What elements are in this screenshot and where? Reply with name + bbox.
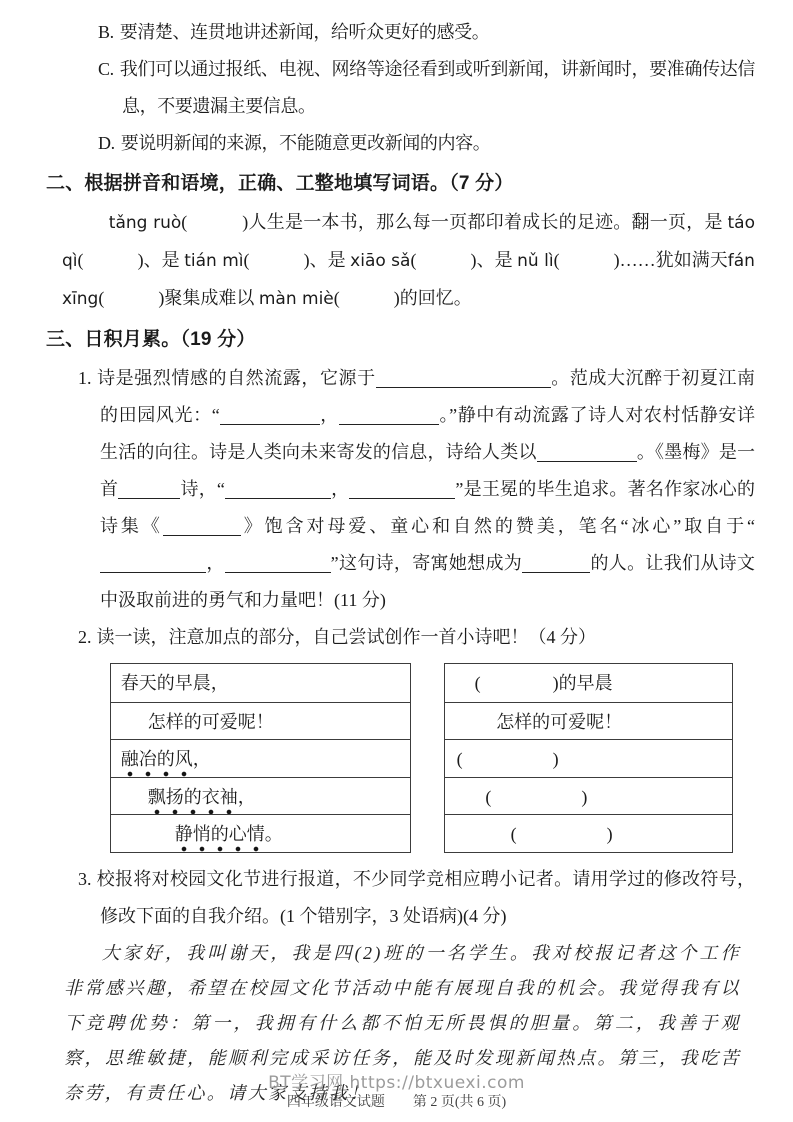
poem-line: ( ) (445, 777, 732, 815)
text-run: ， (320, 405, 339, 425)
watermark-text: BT学习网 https://btxuexi.com (0, 1073, 793, 1093)
option-d: D.要说明新闻的来源，不能随意更改新闻的内容。 (98, 125, 755, 162)
text-run: 1. (78, 368, 97, 388)
text-run: ( ) (485, 787, 587, 807)
pinyin-text: tǎng ruò (109, 213, 181, 233)
text-run: ( )、是 (410, 250, 517, 270)
text-run: 诗是强烈情感的自然流露，它源于 (97, 368, 376, 388)
poem-line: 融冶的风， (111, 739, 410, 777)
poem-line: ( )的早晨 (445, 664, 732, 702)
text-run: ( )人生是一本书，那么每一页都印着成长的足迹。翻一页，是 (181, 212, 727, 232)
page-number-line: 四年级语文试题 第 2 页(共 6 页) (0, 1093, 793, 1112)
text-run: ( )的早晨 (475, 673, 613, 693)
question-2-prompt: 2.读一读，注意加点的部分，自己尝试创作一首小诗吧！（4 分） (78, 619, 755, 656)
poem-line: 静悄的心情。 (111, 814, 410, 852)
question-1: 1.诗是强烈情感的自然流露，它源于。范成大沉醉于初夏江南的田园风光：“，。”静中… (78, 360, 755, 619)
fill-blank (220, 410, 320, 425)
pinyin-text: xiāo sǎ (350, 251, 410, 271)
text-run: ， (206, 553, 225, 573)
poem-line: 怎样的可爱呢！ (445, 702, 732, 740)
fill-blank (225, 484, 331, 499)
fill-blank (339, 410, 439, 425)
option-c-label: C. (98, 59, 120, 79)
text-run: 诗，“ (180, 479, 225, 499)
fill-blank (376, 373, 551, 388)
text-run: 读一读，注意加点的部分，自己尝试创作一首小诗吧！（4 分） (97, 627, 597, 647)
text-run: 春天的早晨， (121, 673, 229, 693)
text-run: 飘扬的衣袖 (148, 787, 238, 815)
text-run: ， (238, 787, 256, 807)
text-run: ”这句诗，寄寓她想成为 (331, 553, 523, 573)
text-run: ( )、是 (78, 250, 185, 270)
pinyin-fill-paragraph: tǎng ruò( )人生是一本书，那么每一页都印着成长的足迹。翻一页，是 tá… (62, 204, 755, 318)
text-run: ， (331, 479, 349, 499)
poem-comparison: 春天的早晨，怎样的可爱呢！融冶的风，飘扬的衣袖，静悄的心情。 ( )的早晨怎样的… (110, 663, 755, 853)
option-c-text: 我们可以通过报纸、电视、网络等途径看到或听到新闻，讲新闻时，要准确传达信息，不要… (120, 59, 755, 116)
option-b: B.要清楚、连贯地讲述新闻，给听众更好的感受。 (98, 14, 755, 51)
fill-blank (537, 447, 637, 462)
option-b-text: 要清楚、连贯地讲述新闻，给听众更好的感受。 (120, 22, 490, 42)
text-run: 。 (265, 824, 283, 844)
text-run: 静悄的心情 (175, 824, 265, 852)
poem-line: ( ) (445, 739, 732, 777)
poem-line: 怎样的可爱呢！ (111, 702, 410, 740)
fill-blank (163, 521, 241, 536)
text-run: 》饱含对母爱、童心和自然的赞美，笔名“冰心”取自于“ (241, 516, 755, 536)
section-three-heading: 三、日积月累。（19 分） (46, 320, 755, 360)
fill-blank (100, 558, 206, 573)
section-two-heading: 二、根据拼音和语境，正确、工整地填写词语。（7 分） (46, 164, 755, 204)
text-run: ， (193, 749, 211, 769)
option-b-label: B. (98, 22, 120, 42)
text-run: 融冶的风 (121, 749, 193, 777)
pinyin-text: tián mì (184, 251, 243, 271)
fill-blank (349, 484, 455, 499)
fill-blank (225, 558, 331, 573)
poem-line: ( ) (445, 814, 732, 852)
text-run: 校报将对校园文化节进行报道，不少同学竞相应聘小记者。请用学过的修改符号，修改下面… (97, 869, 756, 926)
question-3-prompt: 3.校报将对校园文化节进行报道，不少同学竞相应聘小记者。请用学过的修改符号，修改… (78, 861, 755, 935)
text-run: ( )聚集成难以 (98, 288, 259, 308)
poem-line: 飘扬的衣袖， (111, 777, 410, 815)
pinyin-text: nǔ lì (517, 251, 553, 271)
text-run: 2. (78, 627, 97, 647)
text-run: ( )、是 (243, 250, 350, 270)
text-run: ( ) (457, 749, 559, 769)
option-d-label: D. (98, 133, 121, 153)
poem-example-box: 春天的早晨，怎样的可爱呢！融冶的风，飘扬的衣袖，静悄的心情。 (110, 663, 411, 853)
poem-line: 春天的早晨， (111, 664, 410, 702)
text-run: 怎样的可爱呢！ (148, 712, 274, 732)
exam-page: B.要清楚、连贯地讲述新闻，给听众更好的感受。 C.我们可以通过报纸、电视、网络… (0, 0, 793, 1122)
text-run: ( ) (511, 824, 613, 844)
text-run: ( )……犹如满天 (554, 250, 728, 270)
page-footer: BT学习网 https://btxuexi.com 四年级语文试题 第 2 页(… (0, 1073, 793, 1112)
option-c: C.我们可以通过报纸、电视、网络等途径看到或听到新闻，讲新闻时，要准确传达信息，… (98, 51, 755, 125)
fill-blank (118, 484, 180, 499)
fill-blank (522, 558, 590, 573)
option-d-text: 要说明新闻的来源，不能随意更改新闻的内容。 (121, 133, 491, 153)
text-run: ( )的回忆。 (334, 288, 472, 308)
pinyin-text: màn miè (259, 289, 334, 309)
text-run: 怎样的可爱呢！ (496, 712, 622, 732)
text-run: 3. (78, 869, 97, 889)
poem-answer-box: ( )的早晨怎样的可爱呢！( )( )( ) (444, 663, 733, 853)
option-list: B.要清楚、连贯地讲述新闻，给听众更好的感受。 C.我们可以通过报纸、电视、网络… (98, 14, 755, 162)
